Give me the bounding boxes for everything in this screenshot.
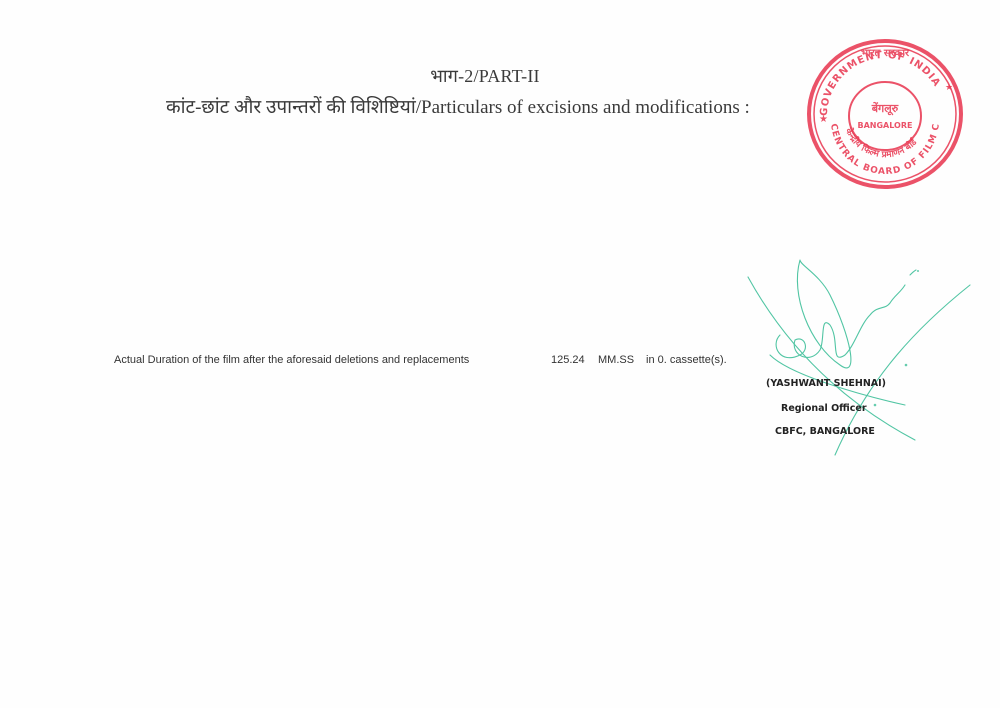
svg-text:BANGALORE: BANGALORE (858, 121, 913, 130)
signatory-designation: Regional Officer (781, 403, 867, 414)
official-stamp-icon: GOVERNMENT OF INDIA CENTRAL BOARD OF FIL… (805, 36, 965, 192)
duration-label: Actual Duration of the film after the af… (114, 354, 469, 366)
svg-text:केन्द्रीय फिल्म प्रमाणन बोर्ड: केन्द्रीय फिल्म प्रमाणन बोर्ड (842, 125, 920, 160)
svg-text:बेंगलूरु: बेंगलूरु (871, 101, 899, 116)
document-page: भाग-2/PART-II कांट-छांट और उपान्तरों की … (0, 0, 1000, 708)
duration-value: 125.24 (551, 354, 585, 366)
signatory-office: CBFC, BANGALORE (775, 426, 875, 437)
svg-text:★: ★ (819, 114, 828, 125)
svg-text:भारत सरकार: भारत सरकार (861, 48, 910, 59)
part-subheading: कांट-छांट और उपान्तरों की विशिष्टियां/Pa… (166, 93, 750, 119)
cassette-count: in 0. cassette(s). (646, 354, 727, 366)
svg-text:★: ★ (945, 83, 953, 93)
duration-row: Actual Duration of the film after the af… (0, 354, 1000, 370)
duration-unit: MM.SS (598, 354, 634, 366)
signatory-name: (YASHWANT SHEHNAI) (766, 378, 886, 389)
